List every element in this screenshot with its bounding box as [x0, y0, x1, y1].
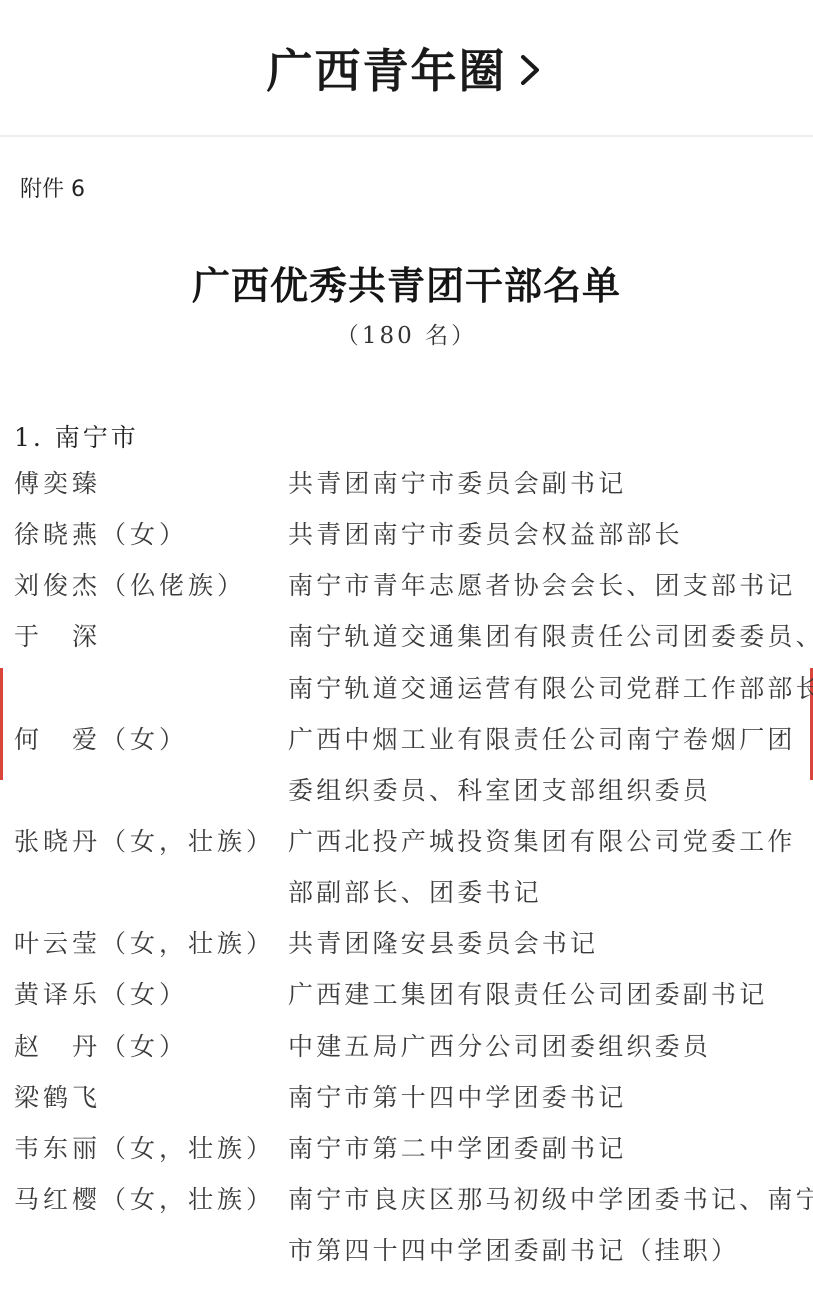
entry-name: 于 深	[14, 611, 101, 663]
entry-duty: 南宁市第二中学团委副书记	[288, 1123, 626, 1175]
list-item-continuation: 委组织委员、科室团支部组织委员	[0, 765, 813, 817]
channel-header[interactable]: 广西青年圈	[0, 0, 813, 137]
entry-duty: 广西建工集团有限责任公司团委副书记	[288, 969, 767, 1021]
list-item: 韦东丽（女，壮族） 南宁市第二中学团委副书记	[0, 1123, 813, 1175]
list-item: 徐晓燕（女） 共青团南宁市委员会权益部部长	[0, 509, 813, 561]
list-item-continuation: 南宁轨道交通运营有限公司党群工作部部长	[0, 663, 813, 715]
entry-duty: 共青团南宁市委员会副书记	[288, 458, 626, 510]
entry-duty: 委组织委员、科室团支部组织委员	[288, 765, 711, 817]
document-count: （180 名）	[0, 317, 813, 350]
entry-name: 黄译乐（女）	[14, 969, 188, 1021]
entry-name: 何 爱（女）	[14, 714, 188, 766]
entry-duty: 中建五局广西分公司团委组织委员	[288, 1021, 711, 1073]
list-item: 何 爱（女） 广西中烟工业有限责任公司南宁卷烟厂团	[0, 714, 813, 766]
list-item: 于 深 南宁轨道交通集团有限责任公司团委委员、	[0, 611, 813, 663]
list-item: 张晓丹（女，壮族） 广西北投产城投资集团有限公司党委工作	[0, 816, 813, 868]
entry-name: 赵 丹（女）	[14, 1021, 188, 1073]
list-item: 傅奕臻 共青团南宁市委员会副书记	[0, 458, 813, 510]
list-item: 叶云莹（女，壮族） 共青团隆安县委员会书记	[0, 918, 813, 970]
entry-name: 叶云莹（女，壮族）	[14, 918, 275, 970]
attachment-label: 附件 6	[20, 172, 85, 203]
channel-title-link[interactable]: 广西青年圈	[267, 35, 547, 101]
entry-duty: 共青团隆安县委员会书记	[288, 918, 598, 970]
entry-duty: 南宁轨道交通集团有限责任公司团委委员、	[288, 611, 813, 663]
channel-title: 广西青年圈	[267, 35, 507, 101]
entry-name: 马红樱（女，壮族）	[14, 1174, 275, 1226]
entry-duty: 共青团南宁市委员会权益部部长	[288, 509, 683, 561]
entry-name: 韦东丽（女，壮族）	[14, 1123, 275, 1175]
entry-duty: 南宁市良庆区那马初级中学团委书记、南宁	[288, 1174, 813, 1226]
document-title: 广西优秀共青团干部名单	[0, 255, 813, 310]
list-item: 马红樱（女，壮族） 南宁市良庆区那马初级中学团委书记、南宁	[0, 1174, 813, 1226]
entry-duty: 广西中烟工业有限责任公司南宁卷烟厂团	[288, 714, 796, 766]
chevron-right-icon	[513, 47, 547, 93]
entry-duty: 南宁轨道交通运营有限公司党群工作部部长	[288, 663, 813, 715]
entry-name: 张晓丹（女，壮族）	[14, 816, 275, 868]
entry-name: 徐晓燕（女）	[14, 509, 188, 561]
list-item: 黄译乐（女） 广西建工集团有限责任公司团委副书记	[0, 969, 813, 1021]
entry-duty: 南宁市青年志愿者协会会长、团支部书记	[288, 560, 796, 612]
entry-name: 梁鹤飞	[14, 1072, 101, 1124]
list-item-continuation: 部副部长、团委书记	[0, 867, 813, 919]
entry-name: 刘俊杰（仫佬族）	[14, 560, 246, 612]
list-item-continuation: 市第四十四中学团委副书记（挂职）	[0, 1225, 813, 1277]
list-item: 刘俊杰（仫佬族） 南宁市青年志愿者协会会长、团支部书记	[0, 560, 813, 612]
entry-duty: 市第四十四中学团委副书记（挂职）	[288, 1225, 739, 1277]
entry-duty: 部副部长、团委书记	[288, 867, 542, 919]
entry-duty: 广西北投产城投资集团有限公司党委工作	[288, 816, 796, 868]
list-item: 赵 丹（女） 中建五局广西分公司团委组织委员	[0, 1021, 813, 1073]
entry-duty: 南宁市第十四中学团委书记	[288, 1072, 626, 1124]
list-item: 梁鹤飞 南宁市第十四中学团委书记	[0, 1072, 813, 1124]
section-heading: 1. 南宁市	[14, 418, 139, 454]
entry-name: 傅奕臻	[14, 458, 101, 510]
